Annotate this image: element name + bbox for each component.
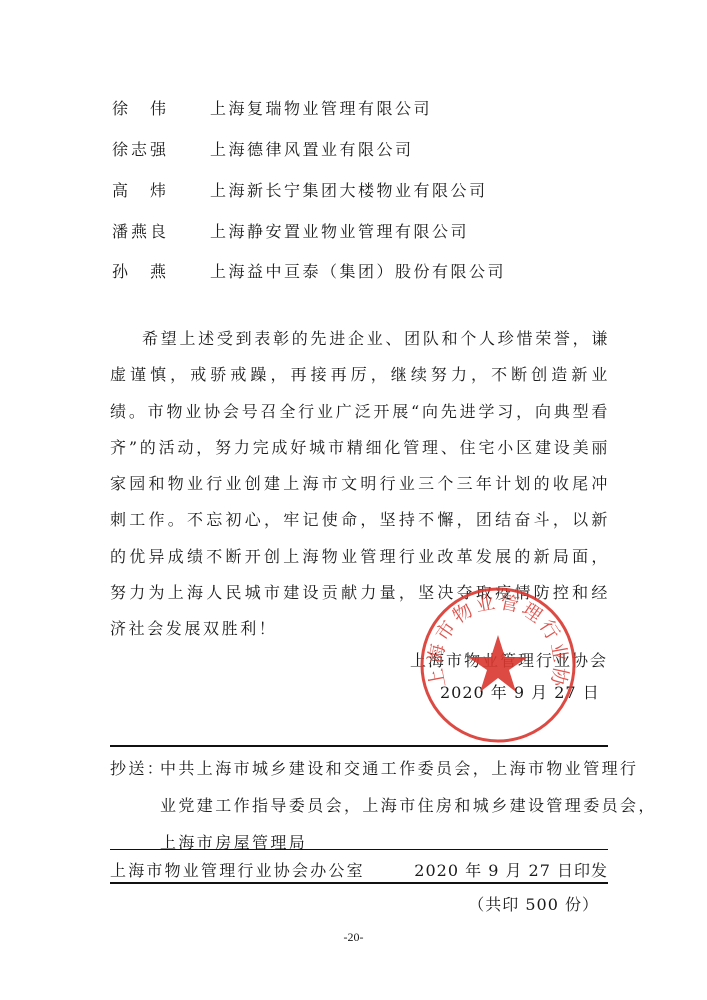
body-paragraph: 希望上述受到表彰的先进企业、团队和个人珍惜荣誉，谦虚谨慎，戒骄戒躁，再接再厉，继… — [110, 321, 610, 648]
divider-top — [110, 745, 608, 747]
distribution-block: 抄送： 中共上海市城乡建设和交通工作委员会，上海市物业管理行 业党建工作指导委员… — [110, 750, 610, 860]
page-number: -20- — [0, 930, 707, 945]
honoree-name: 徐 伟 — [112, 96, 169, 119]
honoree-name: 潘燕良 — [112, 219, 169, 242]
honoree-name: 徐志强 — [112, 137, 169, 160]
honoree-name: 孙 燕 — [112, 259, 169, 282]
honoree-company: 上海静安置业物业管理有限公司 — [210, 219, 469, 242]
distribution-label: 抄送： — [110, 750, 165, 787]
honoree-company: 上海益中亘泰（集团）股份有限公司 — [210, 259, 506, 282]
signature-date: 2020 年 9 月 27 日 — [440, 680, 600, 703]
document-page: 徐 伟 上海复瑞物业管理有限公司 徐志强 上海德律风置业有限公司 高 炜 上海新… — [0, 0, 707, 1000]
distribution-line: 上海市房屋管理局 — [160, 824, 307, 861]
honoree-company: 上海德律风置业有限公司 — [210, 137, 414, 160]
distribution-line: 业党建工作指导委员会，上海市住房和城乡建设管理委员会， — [160, 787, 657, 824]
honoree-company: 上海新长宁集团大楼物业有限公司 — [210, 178, 488, 201]
print-copies: （共印 500 份） — [468, 892, 599, 915]
divider-bottom — [110, 882, 608, 884]
issue-date: 2020 年 9 月 27 日印发 — [414, 858, 608, 881]
issuer-office: 上海市物业管理行业协会办公室 — [110, 858, 365, 881]
honoree-company: 上海复瑞物业管理有限公司 — [210, 96, 432, 119]
divider-middle — [110, 849, 608, 850]
honoree-name: 高 炜 — [112, 178, 169, 201]
distribution-line: 中共上海市城乡建设和交通工作委员会，上海市物业管理行 — [160, 750, 638, 787]
signature-organization: 上海市物业管理行业协会 — [410, 648, 608, 671]
